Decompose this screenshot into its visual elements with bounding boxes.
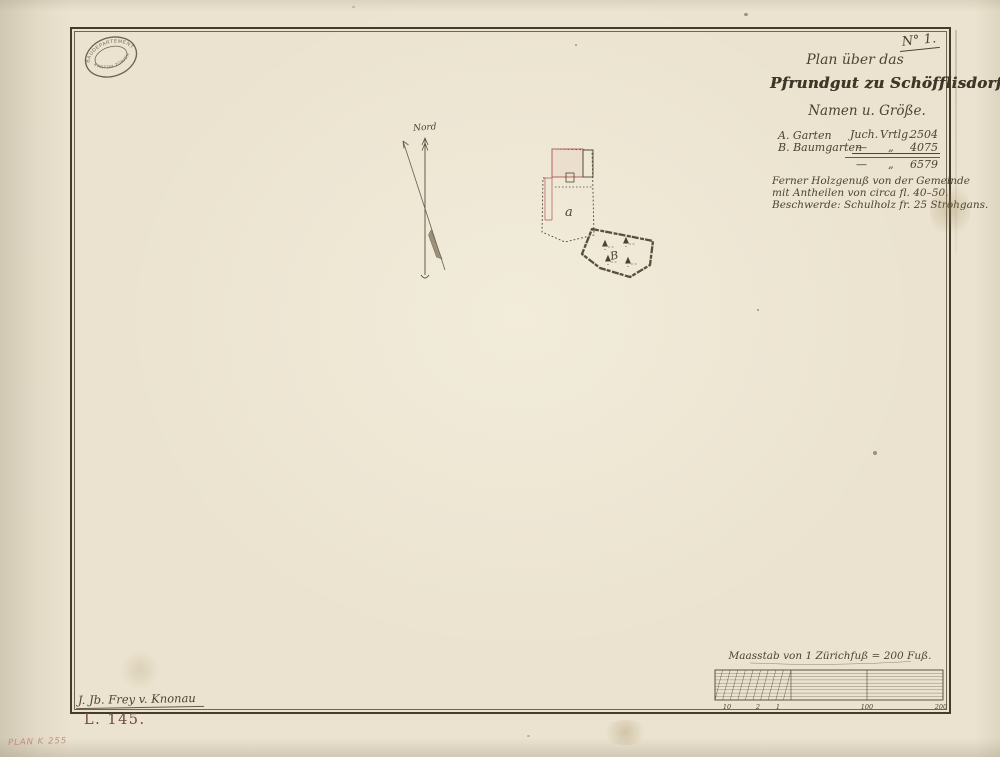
folio-number: L. 145. <box>84 712 146 728</box>
north-arrow: Nord <box>392 118 454 288</box>
scale-bar: Maasstab von 1 Zürichfuß = 200 Fuß. 10 2… <box>708 648 953 716</box>
title-line-1: Plan über das <box>795 52 915 68</box>
parcel-a-label: a <box>565 205 573 220</box>
paper-stain <box>120 650 160 690</box>
scale-tick: 1 <box>776 703 780 711</box>
scale-tick: 200 <box>934 703 947 711</box>
scale-tick: 10 <box>723 703 731 711</box>
paper-speck <box>873 451 877 455</box>
paper-speck <box>527 735 530 737</box>
paper-stain <box>930 180 970 240</box>
building-dark-outline <box>583 150 593 177</box>
scanned-plan-sheet: BAUDEPARTEMENT KANTON ZÜRICH N° 1. Plan … <box>0 0 1000 757</box>
transversal-diagonals <box>715 670 791 700</box>
paper-speck <box>744 13 748 16</box>
table-sum-rule-1 <box>852 153 940 154</box>
area-row-a-value: 2504 <box>898 128 938 141</box>
scale-tick: 2 <box>755 703 760 711</box>
scale-tick: 100 <box>861 703 873 711</box>
area-unit-col1: Juch. <box>850 128 878 141</box>
orchard-trees <box>603 238 637 267</box>
area-total-value: 6579 <box>898 158 938 171</box>
area-row-b-label: B. Baumgarten <box>778 141 862 154</box>
title-line-2: Pfrundgut zu Schöfflisdorf <box>770 74 946 92</box>
title-line-3: Namen u. Größe. <box>788 103 946 119</box>
paper-speck <box>757 309 759 311</box>
scale-caption: Maasstab von 1 Zürichfuß = 200 Fuß. <box>728 650 932 662</box>
area-total-ditto2: „ <box>888 158 894 171</box>
surveyor-signature: J. Jb. Frey v. Knonau <box>76 691 204 709</box>
area-total-ditto1: — <box>856 158 867 171</box>
archive-shelfmark: PLAN K 255 <box>8 736 68 748</box>
parcel-drawing: a B <box>535 142 660 292</box>
magnetic-needle-feather <box>429 230 443 259</box>
north-label: Nord <box>412 122 437 134</box>
paper-stain <box>600 720 650 745</box>
paper-speck <box>352 6 355 8</box>
building-red-wing <box>545 178 552 220</box>
paper-speck <box>575 44 577 46</box>
